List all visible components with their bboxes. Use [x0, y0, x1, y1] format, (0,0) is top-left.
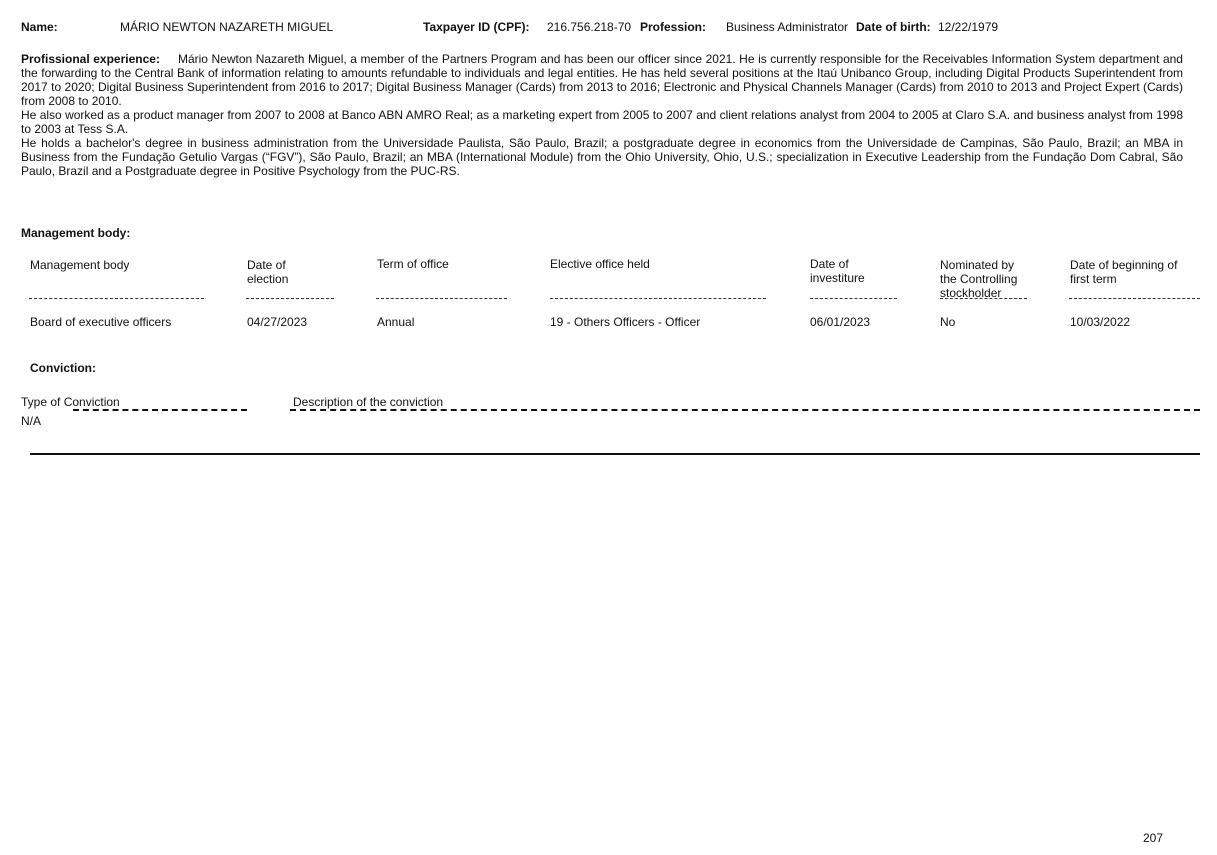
experience-paragraph-3: He holds a bachelor's degree in business… [21, 136, 1183, 178]
cell-nominated: No [940, 315, 955, 329]
column-header-date-first-term: Date of beginning of first term [1070, 258, 1180, 286]
conviction-section-title: Conviction: [30, 361, 96, 375]
column-underline [246, 298, 334, 299]
conviction-type-header: Type of Conviction [21, 395, 120, 409]
column-header-nominated-by-controlling: Nominated by the Controlling stockholder [940, 258, 1030, 300]
management-section-title: Management body: [21, 226, 130, 240]
conviction-type-underline [73, 409, 247, 411]
cell-management-body: Board of executive officers [30, 315, 171, 329]
experience-paragraph-2: He also worked as a product manager from… [21, 108, 1183, 136]
cpf-label: Taxpayer ID (CPF): [423, 20, 529, 34]
name-value: MÁRIO NEWTON NAZARETH MIGUEL [120, 20, 333, 34]
column-header-term-of-office: Term of office [377, 257, 497, 271]
column-underline [550, 298, 766, 299]
column-underline [940, 298, 1027, 299]
column-header-date-of-election: Date of election [247, 258, 317, 286]
experience-label: Profissional experience: [21, 52, 160, 66]
column-header-date-of-investiture: Date of investiture [810, 257, 880, 285]
dob-label: Date of birth: [856, 20, 931, 34]
conviction-description-underline [290, 409, 1200, 411]
column-header-elective-office: Elective office held [550, 257, 750, 271]
page-number: 207 [1143, 831, 1163, 845]
dob-value: 12/22/1979 [938, 20, 998, 34]
conviction-description-header: Description of the conviction [293, 395, 443, 409]
conviction-type-value: N/A [21, 414, 41, 428]
column-underline [810, 298, 897, 299]
name-label: Name: [21, 20, 58, 34]
cell-date-first-term: 10/03/2022 [1070, 315, 1130, 329]
professional-experience: Profissional experience:Mário Newton Naz… [21, 52, 1183, 178]
column-underline [29, 298, 204, 299]
profession-label: Profession: [640, 20, 706, 34]
cpf-value: 216.756.218-70 [547, 20, 631, 34]
column-underline [1069, 298, 1200, 299]
column-header-management-body: Management body [30, 258, 200, 272]
cell-date-of-election: 04/27/2023 [247, 315, 307, 329]
column-underline [376, 298, 507, 299]
cell-elective-office: 19 - Others Officers - Officer [550, 315, 700, 329]
cell-date-of-investiture: 06/01/2023 [810, 315, 870, 329]
experience-text-1: Mário Newton Nazareth Miguel, a member o… [21, 52, 1183, 108]
section-divider [30, 453, 1200, 455]
experience-paragraph-1: Profissional experience:Mário Newton Naz… [21, 52, 1183, 108]
profession-value: Business Administrator [726, 20, 848, 34]
cell-term-of-office: Annual [377, 315, 414, 329]
